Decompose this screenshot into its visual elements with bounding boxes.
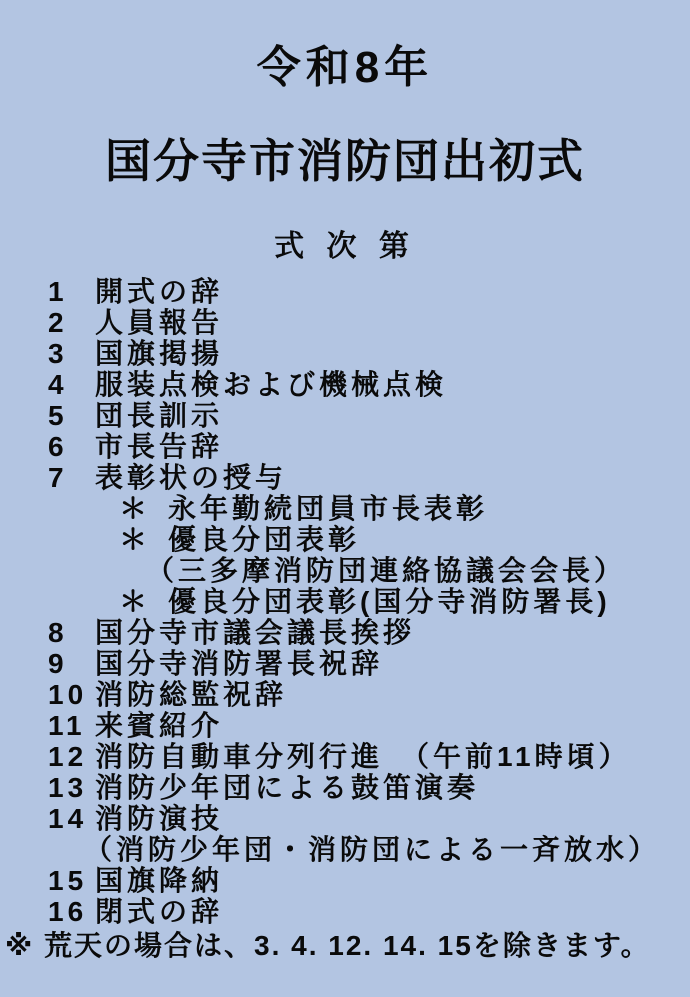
program-item: 8 国分寺市議会議長挨拶 bbox=[0, 617, 690, 648]
item-text: 開式の辞 bbox=[95, 276, 223, 307]
subitem-text: 優良分団表彰(国分寺消防署長) bbox=[168, 586, 611, 617]
item-number: 11 bbox=[48, 710, 95, 741]
item-number: 9 bbox=[48, 648, 95, 679]
asterisk-bullet: ＊ bbox=[119, 524, 168, 555]
item-number: 15 bbox=[48, 865, 95, 896]
item-text: 消防自動車分列行進 （午前11時頃） bbox=[95, 741, 631, 772]
subitem-text: 優良分団表彰 bbox=[168, 524, 360, 555]
program-item: 12 消防自動車分列行進 （午前11時頃） bbox=[0, 741, 690, 772]
item-number: 3 bbox=[48, 338, 95, 369]
item-number: 1 bbox=[48, 276, 95, 307]
program-item: 1 開式の辞 bbox=[0, 276, 690, 307]
item-number: 4 bbox=[48, 369, 95, 400]
item-text: 団長訓示 bbox=[95, 400, 223, 431]
item-number: 12 bbox=[48, 741, 95, 772]
event-title: 国分寺市消防団出初式 bbox=[0, 136, 690, 187]
item-text: 消防総監祝辞 bbox=[95, 679, 287, 710]
asterisk-bullet: ＊ bbox=[119, 493, 168, 524]
item-number: 13 bbox=[48, 772, 95, 803]
item-text: 国分寺消防署長祝辞 bbox=[95, 648, 383, 679]
item-text: 消防少年団による鼓笛演奏 bbox=[95, 772, 479, 803]
program-item: 7 表彰状の授与 bbox=[0, 462, 690, 493]
item-text: 国分寺市議会議長挨拶 bbox=[95, 617, 415, 648]
program-item: 5 団長訓示 bbox=[0, 400, 690, 431]
item-text: 市長告辞 bbox=[95, 431, 223, 462]
program-subitem-continuation: （三多摩消防団連絡協議会会長） bbox=[0, 555, 690, 586]
item-text: 国旗掲揚 bbox=[95, 338, 223, 369]
item-text: 閉式の辞 bbox=[95, 896, 223, 927]
item-text: 表彰状の授与 bbox=[95, 462, 287, 493]
item-text: 消防演技 bbox=[95, 803, 223, 834]
item-number: 10 bbox=[48, 679, 95, 710]
subitem-text: 永年勤続団員市長表彰 bbox=[168, 493, 488, 524]
item-text: 国旗降納 bbox=[95, 865, 223, 896]
item-number: 8 bbox=[48, 617, 95, 648]
asterisk-bullet: ＊ bbox=[119, 586, 168, 617]
item-number: 6 bbox=[48, 431, 95, 462]
item-number: 16 bbox=[48, 896, 95, 927]
item-text: 服装点検および機械点検 bbox=[95, 369, 447, 400]
program-subitem: ＊ 優良分団表彰 bbox=[0, 524, 690, 555]
item-number: 2 bbox=[48, 307, 95, 338]
program-item: 3 国旗掲揚 bbox=[0, 338, 690, 369]
program-heading: 式 次 第 bbox=[0, 230, 690, 263]
item-number: 5 bbox=[48, 400, 95, 431]
program-item-continuation: （消防少年団・消防団による一斉放水） bbox=[0, 834, 690, 865]
program-item: 2 人員報告 bbox=[0, 307, 690, 338]
program-item: 16 閉式の辞 bbox=[0, 896, 690, 927]
item-text: 人員報告 bbox=[95, 307, 223, 338]
item-text: 来賓紹介 bbox=[95, 710, 223, 741]
program-item: 15 国旗降納 bbox=[0, 865, 690, 896]
program-subitem: ＊ 優良分団表彰(国分寺消防署長) bbox=[0, 586, 690, 617]
program-item: 9 国分寺消防署長祝辞 bbox=[0, 648, 690, 679]
continuation-text: （消防少年団・消防団による一斉放水） bbox=[84, 834, 660, 865]
item-number: 7 bbox=[48, 462, 95, 493]
bad-weather-footnote: ※ 荒天の場合は、3. 4. 12. 14. 15を除きます。 bbox=[0, 930, 690, 961]
program-item: 10 消防総監祝辞 bbox=[0, 679, 690, 710]
program-item: 11 来賓紹介 bbox=[0, 710, 690, 741]
era-year-heading: 令和8年 bbox=[0, 46, 690, 90]
continuation-text: （三多摩消防団連絡協議会会長） bbox=[146, 555, 626, 586]
program-list: 1 開式の辞 2 人員報告 3 国旗掲揚 4 服装点検および機械点検 5 団長訓… bbox=[0, 276, 690, 961]
program-item: 6 市長告辞 bbox=[0, 431, 690, 462]
program-item: 13 消防少年団による鼓笛演奏 bbox=[0, 772, 690, 803]
ceremony-program-page: 令和8年 国分寺市消防団出初式 式 次 第 1 開式の辞 2 人員報告 3 国旗… bbox=[0, 0, 690, 997]
program-item: 4 服装点検および機械点検 bbox=[0, 369, 690, 400]
program-subitem: ＊ 永年勤続団員市長表彰 bbox=[0, 493, 690, 524]
program-item: 14 消防演技 bbox=[0, 803, 690, 834]
item-number: 14 bbox=[48, 803, 95, 834]
